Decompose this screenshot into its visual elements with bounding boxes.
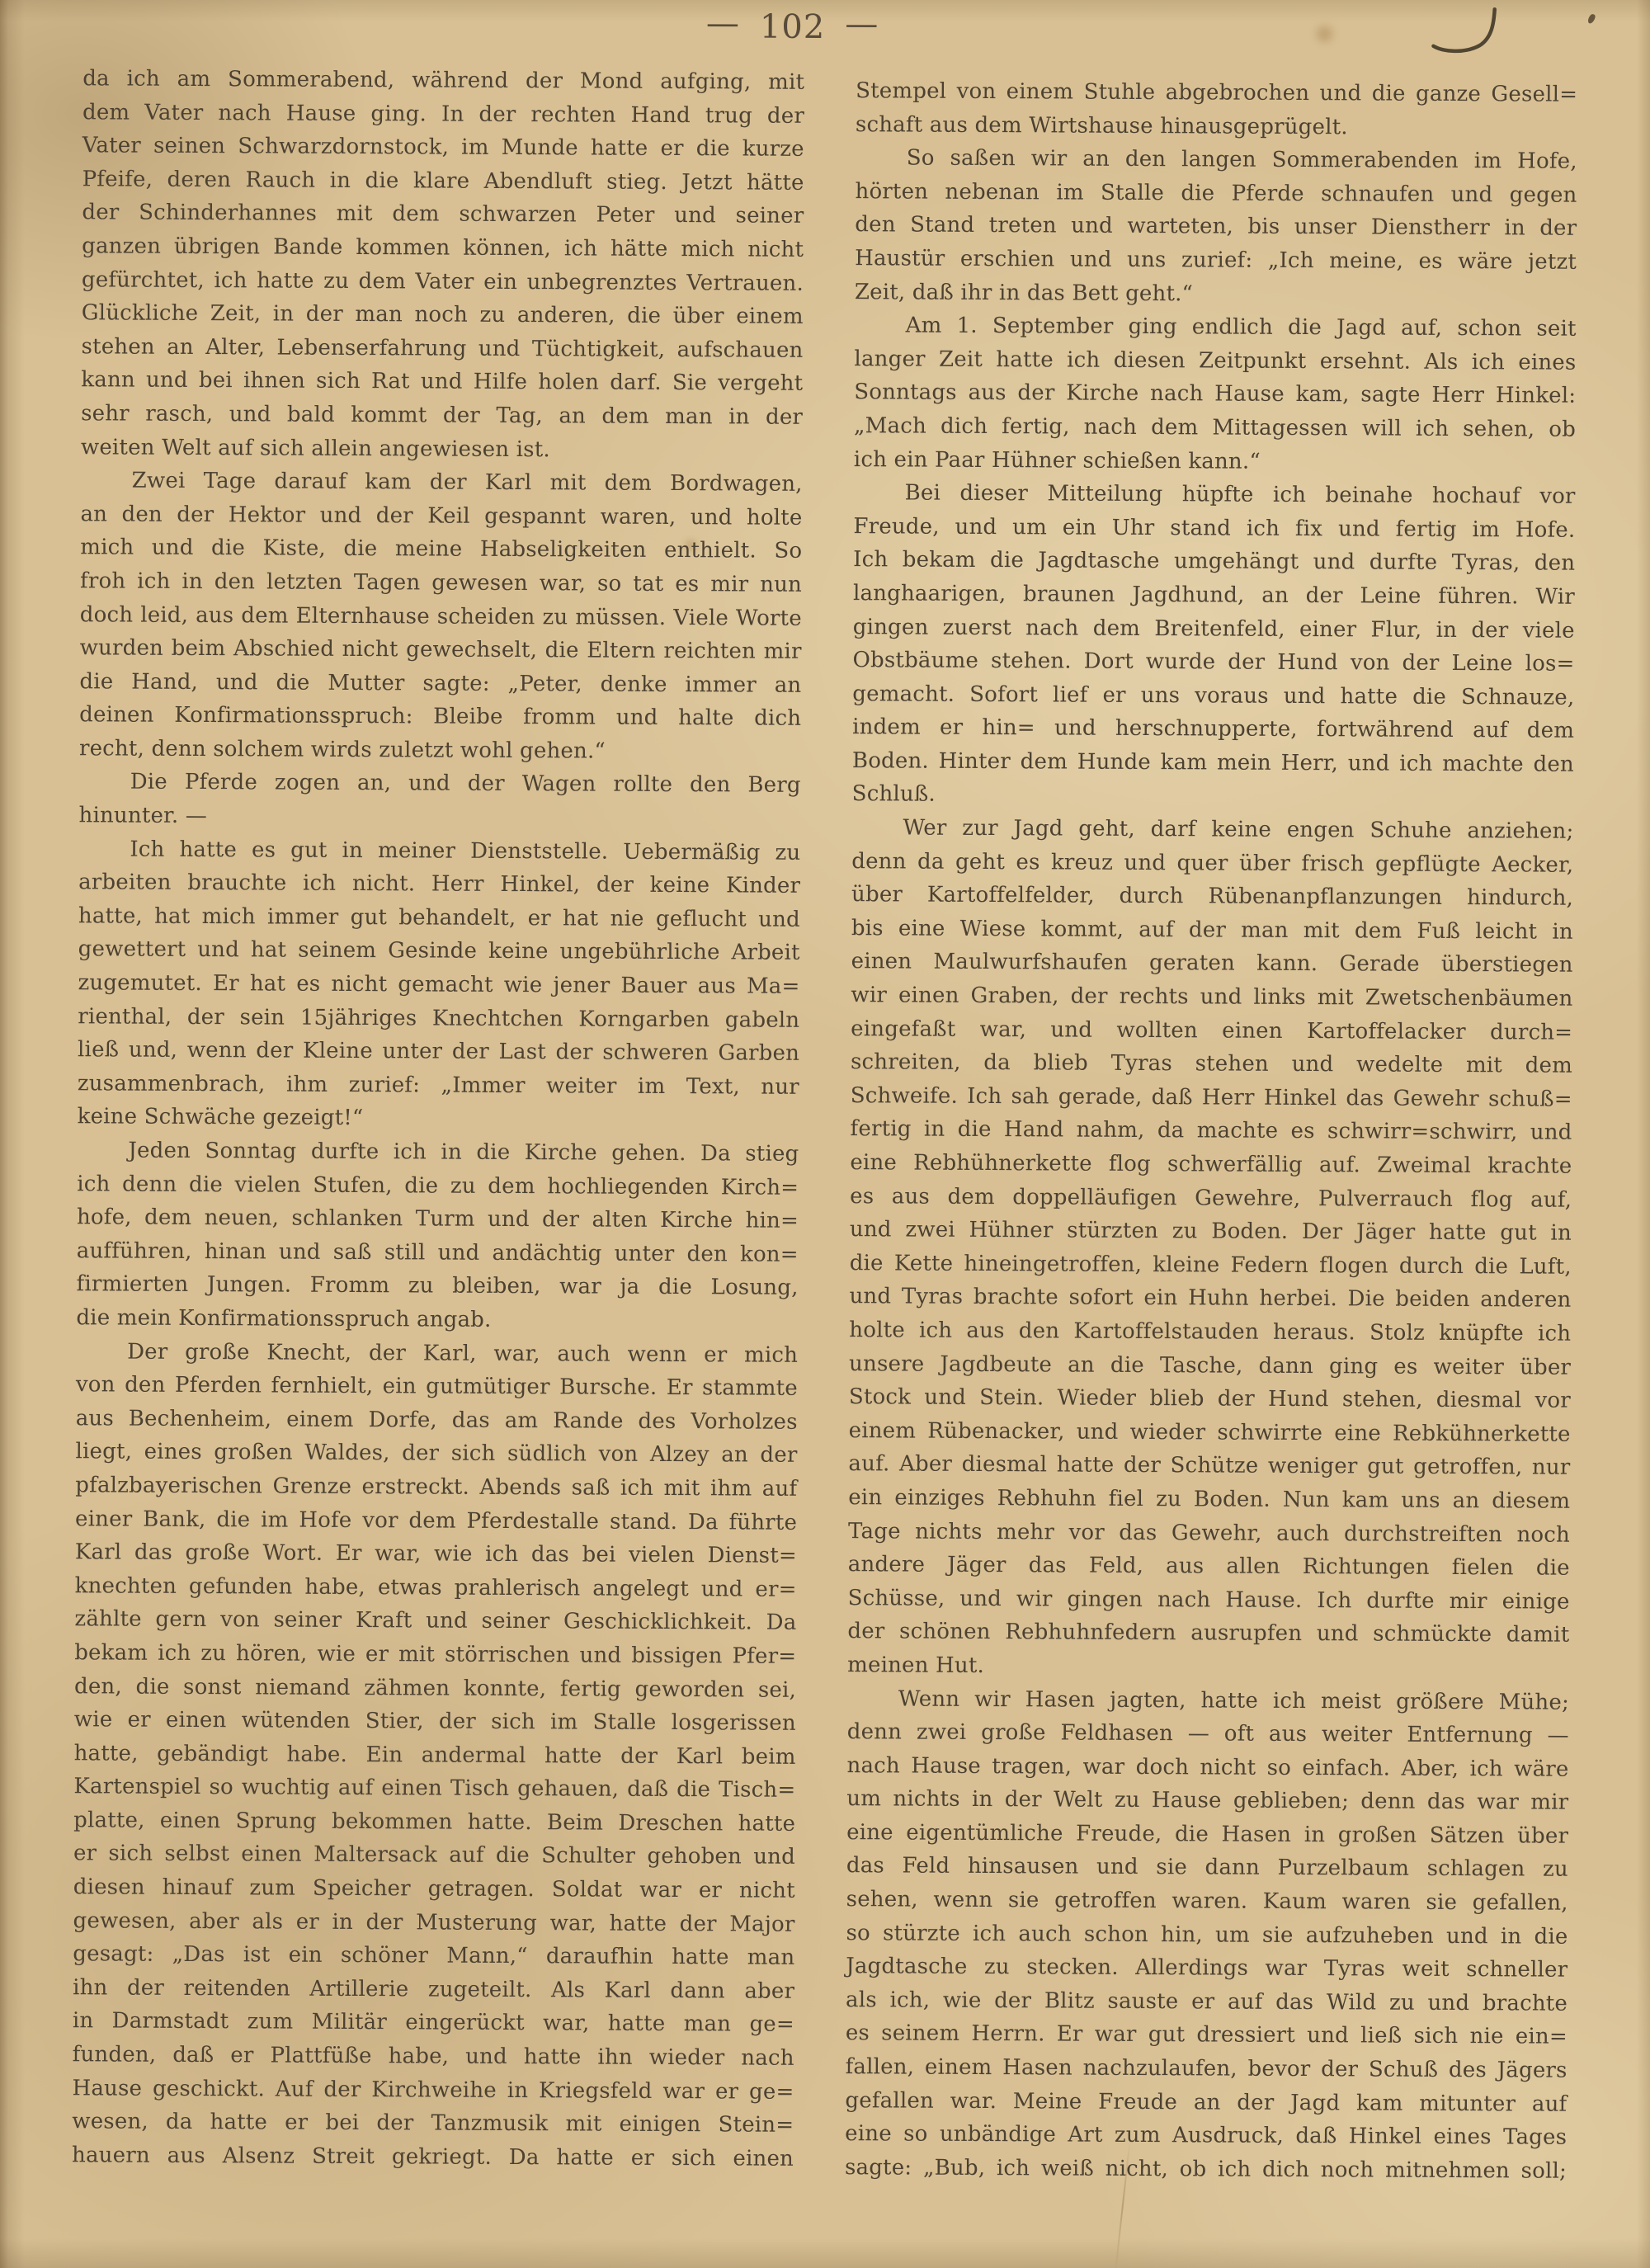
text-line: diesen hinauf zum Speicher getragen. Sol… [73, 1870, 795, 1907]
paragraph: Ich hatte es gut in meiner Dienststelle.… [78, 832, 801, 1138]
text-line: langer Zeit hatte ich diesen Zeitpunkt e… [854, 342, 1576, 380]
text-line: aufführen, hinan und saß still und andäc… [77, 1234, 799, 1271]
text-line: der schönen Rebhuhnfedern ausrupfen und … [847, 1615, 1569, 1652]
text-line: bekam ich zu hören, wie er mit störrisch… [74, 1636, 796, 1673]
text-line: zählte gern von seiner Kraft und seiner … [74, 1603, 796, 1640]
text-line: über Kartoffelfelder, durch Rübenanpflan… [851, 878, 1573, 915]
text-line: und Tyras brachte sofort ein Huhn herbei… [849, 1280, 1571, 1318]
text-line: eine so unbändige Art zum Ausdruck, daß … [845, 2117, 1567, 2154]
text-line: mich und die Kiste, die meine Habseligke… [80, 531, 802, 568]
text-line: gefürchtet, ich hatte zu dem Vater ein u… [82, 263, 804, 300]
text-line: es aus dem doppelläufigen Gewehre, Pulve… [850, 1180, 1572, 1217]
text-line: bis eine Wiese kommt, auf der man mit de… [851, 912, 1573, 949]
paragraph: Jeden Sonntag durfte ich in die Kirche g… [76, 1134, 799, 1338]
text-line: indem er hin= und herschnupperte, fortwä… [852, 710, 1574, 747]
text-line: funden, daß er Plattfüße habe, und hatte… [73, 2038, 794, 2075]
text-line: die mein Konfirmationsspruch angab. [76, 1301, 798, 1338]
text-line: Wenn wir Hasen jagten, hatte ich meist g… [847, 1682, 1569, 1719]
text-line: deinen Konfirmationsspruch: Bleibe fromm… [79, 699, 801, 736]
text-line: kann und bei ihnen sich Rat und Hilfe ho… [81, 364, 803, 401]
text-line: den, die sonst niemand zähmen konnte, fe… [74, 1670, 796, 1707]
text-line: platte, einen Sprung bekommen hatte. Bei… [73, 1804, 795, 1841]
text-line: schreiten, da blieb Tyras stehen und wed… [851, 1045, 1572, 1082]
page-header: —102— [4, 4, 1580, 50]
text-line: einem Rübenacker, und wieder schwirrte e… [849, 1414, 1571, 1451]
text-line: von den Pferden fernhielt, ein gutmütige… [76, 1368, 798, 1405]
text-line: in Darmstadt zum Militär eingerückt war,… [73, 2005, 794, 2042]
text-line: Jeden Sonntag durfte ich in die Kirche g… [77, 1134, 799, 1171]
paragraph: Wenn wir Hasen jagten, hatte ich meist g… [845, 1682, 1569, 2188]
text-line: sagte: „Bub, ich weiß nicht, ob ich dich… [845, 2151, 1567, 2188]
text-line: eingefaßt war, und wollten einen Kartoff… [851, 1012, 1572, 1049]
text-line: pfalzbayerischen Grenze erstreckt. Abend… [75, 1469, 797, 1506]
left-column: da ich am Sommerabend, während der Mond … [72, 62, 804, 2184]
text-line: wurden beim Abschied nicht gewechselt, d… [80, 631, 802, 668]
text-line: „Mach dich fertig, nach dem Mittagessen … [854, 409, 1576, 446]
text-line: sehr rasch, und bald kommt der Tag, an d… [81, 397, 803, 434]
text-line: und zwei Hühner stürzten zu Boden. Der J… [850, 1213, 1572, 1250]
paper-stain [1316, 26, 1332, 42]
text-line: Schluß. [852, 778, 1574, 815]
text-line: eine eigentümliche Freude, die Hasen in … [846, 1816, 1568, 1853]
text-line: denn da geht es kreuz und quer über fris… [851, 845, 1573, 882]
text-line: Kartenspiel so wuchtig auf einen Tisch g… [73, 1771, 795, 1808]
text-line: gemacht. Sofort lief er uns voraus und h… [852, 677, 1574, 714]
text-line: auf. Aber diesmal hatte der Schütze weni… [848, 1448, 1570, 1485]
text-line: Hause geschickt. Auf der Kirchweihe in K… [72, 2072, 794, 2109]
text-line: Wer zur Jagd geht, darf keine engen Schu… [851, 811, 1573, 848]
text-line: Tage nichts mehr vor das Gewehr, auch du… [848, 1515, 1570, 1552]
text-line: recht, denn solchem wirds zuletzt wohl g… [79, 732, 801, 769]
book-page: —102— da ich am Sommerabend, während der… [0, 0, 1650, 2268]
text-line: Sonntags aus der Kirche nach Hause kam, … [854, 376, 1576, 413]
text-line: der Schinderhannes mit dem schwarzen Pet… [82, 196, 804, 233]
text-line: Obstbäume stehen. Dort wurde der Hund vo… [852, 644, 1574, 681]
text-line: froh ich in den letzten Tagen gewesen wa… [80, 564, 802, 601]
text-line: hörten nebenan im Stalle die Pferde schn… [855, 175, 1577, 212]
text-line: knechten gefunden habe, etwas prahlerisc… [75, 1569, 797, 1606]
text-line: er sich selbst einen Maltersack auf die … [73, 1837, 795, 1874]
header-dash-left: — [706, 4, 740, 42]
text-line: den Stand treten und warteten, bis unser… [855, 209, 1577, 246]
text-line: weiten Welt auf sich allein angewiesen i… [81, 431, 803, 468]
text-line: dem Vater nach Hause ging. In der rechte… [82, 96, 804, 133]
text-line: keine Schwäche gezeigt!“ [78, 1101, 799, 1138]
text-line: gewesen, aber als er in der Musterung wa… [73, 1904, 794, 1941]
text-line: wie er einen wütenden Stier, der sich im… [74, 1703, 796, 1740]
text-line: andere Jäger das Feld, aus allen Richtun… [848, 1548, 1570, 1585]
text-line: unsere Jagdbeute an die Tasche, dann gin… [849, 1347, 1571, 1384]
text-line: nach Hause tragen, war doch nicht so ein… [846, 1749, 1568, 1786]
text-line: Boden. Hinter dem Hunde kam mein Herr, u… [852, 744, 1574, 781]
paragraph: da ich am Sommerabend, während der Mond … [81, 62, 805, 468]
text-line: firmierten Jungen. Fromm zu bleiben, war… [76, 1268, 798, 1305]
text-columns: da ich am Sommerabend, während der Mond … [72, 62, 1577, 2188]
text-line: Haustür erschien und uns zurief: „Ich me… [855, 242, 1577, 279]
text-line: ein einziges Rebhuhn fiel zu Boden. Nun … [848, 1481, 1570, 1518]
text-line: liegt, eines großen Waldes, der sich süd… [75, 1436, 797, 1473]
text-line: Zeit, daß ihr in das Bett geht.“ [855, 276, 1577, 313]
text-line: die Hand, und die Mutter sagte: „Peter, … [79, 665, 801, 702]
text-line: ließ und, wenn der Kleine unter der Last… [78, 1033, 799, 1070]
text-line: da ich am Sommerabend, während der Mond … [82, 62, 804, 99]
text-line: hatte, hat mich immer gut behandelt, er … [78, 899, 800, 936]
paragraph: Zwei Tage darauf kam der Karl mit dem Bo… [79, 464, 803, 769]
text-line: als ich, wie der Blitz sauste er auf das… [846, 1983, 1567, 2020]
text-line: Stock und Stein. Wieder blieb der Hund s… [849, 1380, 1571, 1417]
paragraph: Stempel von einem Stuhle abgebrochen und… [856, 74, 1577, 145]
text-line: fertig in die Hand nahm, da machte es sc… [850, 1113, 1572, 1150]
text-line: einen Maulwurfshaufen geraten kann. Gera… [851, 945, 1573, 983]
text-line: doch leid, aus dem Elternhause scheiden … [80, 598, 802, 635]
text-line: stehen an Alter, Lebenserfahrung und Tüc… [81, 330, 803, 367]
text-line: langhaarigen, braunen Jagdhund, an der L… [853, 577, 1575, 614]
text-line: aus Bechenheim, einem Dorfe, das am Rand… [76, 1402, 798, 1439]
text-line: ich ein Paar Hühner schießen kann.“ [854, 443, 1576, 480]
paper-speck [1586, 13, 1596, 25]
text-line: die Kette hineingetroffen, kleine Federn… [850, 1247, 1572, 1284]
paragraph: So saßen wir an den langen Sommerabenden… [855, 141, 1577, 313]
text-line: Freude, und um ein Uhr stand ich fix und… [853, 510, 1575, 547]
text-line: so stürzte ich auch schon hin, um sie au… [846, 1917, 1567, 1954]
right-column: Stempel von einem Stuhle abgebrochen und… [845, 74, 1577, 2188]
text-line: sehen, wenn sie getroffen waren. Kaum wa… [846, 1883, 1568, 1920]
text-line: Schüsse, und wir gingen nach Hause. Ich … [848, 1582, 1570, 1619]
text-line: Bei dieser Mitteilung hüpfte ich beinahe… [854, 476, 1576, 513]
text-line: gewettert und hat seinem Gesinde keine u… [78, 933, 800, 970]
text-line: gingen zuerst nach dem Breitenfeld, eine… [853, 611, 1575, 648]
paragraph: Am 1. September ging endlich die Jagd au… [854, 309, 1577, 480]
text-line: gesagt: „Das ist ein schöner Mann,“ dara… [73, 1937, 794, 1974]
text-line: denn zwei große Feldhasen — oft aus weit… [847, 1715, 1569, 1752]
text-line: hauern aus Alsenz Streit gekriegt. Da ha… [72, 2138, 794, 2176]
text-line: zugemutet. Er hat es nicht gemacht wie j… [78, 966, 799, 1003]
text-line: das Feld hinsausen und sie dann Purzelba… [846, 1850, 1568, 1887]
text-line: zusammenbrach, ihm zurief: „Immer weiter… [78, 1067, 799, 1104]
text-line: Stempel von einem Stuhle abgebrochen und… [856, 74, 1577, 111]
text-line: Zwei Tage darauf kam der Karl mit dem Bo… [81, 464, 803, 501]
text-line: Vater seinen Schwarzdornstock, im Munde … [82, 129, 804, 166]
text-line: So saßen wir an den langen Sommerabenden… [856, 141, 1577, 178]
text-line: Karl das große Wort. Er war, wie ich das… [75, 1535, 797, 1573]
text-line: eine Rebhühnerkette flog schwerfällig au… [850, 1146, 1572, 1183]
text-line: Der große Knecht, der Karl, war, auch we… [76, 1335, 798, 1372]
text-line: rienthal, der sein 15jähriges Knechtchen… [78, 1000, 799, 1037]
text-line: Pfeife, deren Rauch in die klare Abendlu… [82, 163, 804, 200]
text-line: fallen, einem Hasen nachzulaufen, bevor … [846, 2050, 1567, 2087]
ink-pen-stroke [1428, 7, 1501, 61]
text-line: wesen, da hatte er bei der Tanzmusik mit… [72, 2105, 794, 2142]
text-line: einer Bank, die im Hofe vor dem Pferdest… [75, 1502, 797, 1540]
page-number: 102 [760, 8, 826, 46]
text-line: Am 1. September ging endlich die Jagd au… [855, 309, 1577, 346]
text-line: Ich hatte es gut in meiner Dienststelle.… [78, 832, 800, 870]
text-line: Die Pferde zogen an, und der Wagen rollt… [79, 766, 801, 803]
text-line: holte ich aus den Kartoffelstauden herau… [849, 1313, 1571, 1351]
paragraph: Wer zur Jagd geht, darf keine engen Schu… [847, 811, 1574, 1686]
paragraph: Der große Knecht, der Karl, war, auch we… [72, 1335, 798, 2176]
paragraph: Bei dieser Mitteilung hüpfte ich beinahe… [852, 476, 1576, 815]
text-line: schaft aus dem Wirtshause hinausgeprügel… [856, 108, 1577, 145]
text-line: hatte, gebändigt habe. Ein andermal hatt… [74, 1737, 796, 1774]
text-line: an den der Hektor und der Keil gespannt … [80, 497, 802, 535]
text-line: Glückliche Zeit, in der man noch zu ande… [82, 296, 804, 333]
text-line: gefallen war. Meine Freude an der Jagd k… [845, 2084, 1567, 2121]
text-line: hinunter. — [78, 799, 800, 836]
header-dash-right: — [845, 5, 879, 43]
text-line: ich denn die vielen Stufen, die zu dem h… [77, 1167, 799, 1205]
text-line: meinen Hut. [847, 1648, 1569, 1686]
text-line: arbeiten brauchte ich nicht. Herr Hinkel… [78, 866, 800, 903]
text-line: Ich bekam die Jagdtasche umgehängt und d… [853, 543, 1575, 580]
text-line: Jagdtasche zu stecken. Allerdings war Ty… [846, 1950, 1567, 1987]
text-line: ihn der reitenden Artillerie zugeteilt. … [73, 1971, 794, 2008]
text-line: hofe, dem neuen, schlanken Turm und der … [77, 1200, 799, 1238]
text-line: es seinem Herrn. Er war gut dressiert un… [846, 2017, 1567, 2054]
text-line: Schweife. Ich sah gerade, daß Herr Hinke… [851, 1079, 1572, 1116]
text-line: ganzen übrigen Bande kommen können, ich … [82, 229, 804, 266]
text-line: um nichts in der Welt zu Hause geblieben… [846, 1782, 1568, 1819]
paragraph: Die Pferde zogen an, und der Wagen rollt… [78, 766, 800, 837]
text-line: wir einen Graben, der rechts und links m… [851, 978, 1572, 1016]
